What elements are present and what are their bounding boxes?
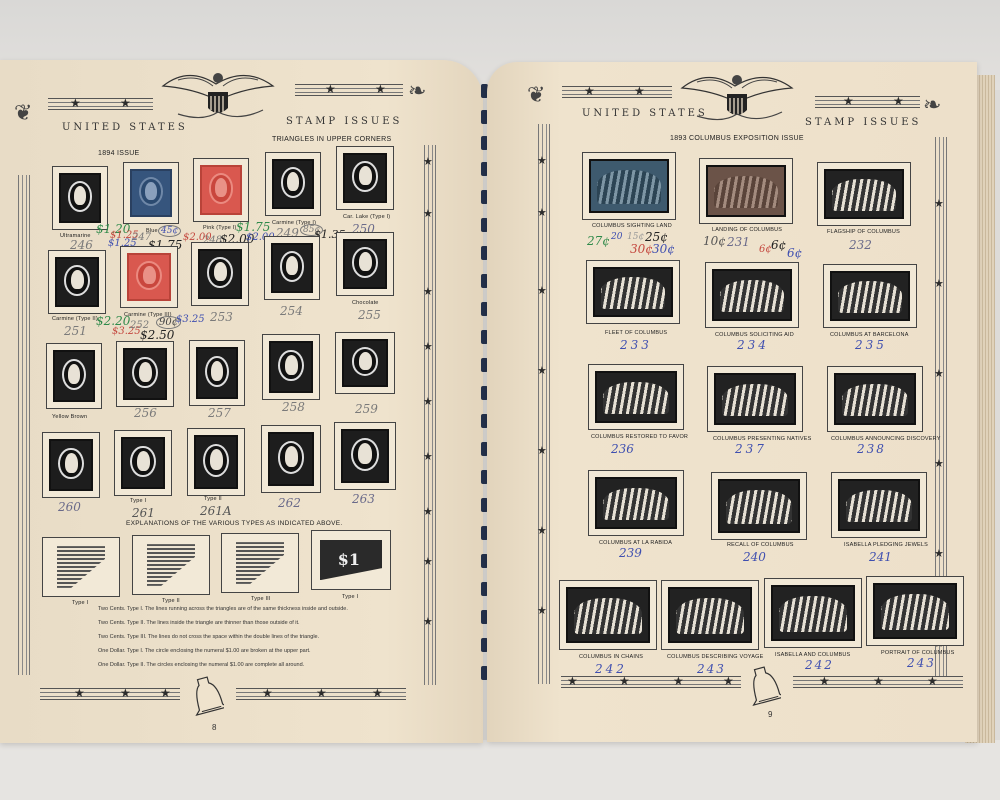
star-banner-bottom: ★★★ bbox=[236, 688, 406, 700]
stamp-caption: FLAGSHIP OF COLUMBUS bbox=[827, 229, 900, 235]
stamp-caption: COLUMBUS IN CHAINS bbox=[579, 654, 643, 660]
stamp-caption: Type I bbox=[130, 498, 146, 504]
stamp-slot[interactable] bbox=[817, 162, 911, 226]
stamp-slot[interactable] bbox=[582, 152, 676, 220]
stamp-slot[interactable] bbox=[193, 158, 249, 222]
stamp-slot[interactable] bbox=[866, 576, 964, 646]
stamp-slot[interactable] bbox=[699, 158, 793, 224]
stamp-slot[interactable] bbox=[336, 232, 394, 296]
stamp-slot[interactable] bbox=[335, 332, 395, 394]
stamp-caption: COLUMBUS RESTORED TO FAVOR bbox=[591, 434, 688, 440]
explanations-title: EXPLANATIONS OF THE VARIOUS TYPES AS IND… bbox=[126, 520, 343, 527]
liberty-bell-icon bbox=[188, 674, 224, 718]
handwritten-catalog-number: 253 bbox=[210, 310, 233, 324]
handwritten-price: 20 bbox=[611, 232, 622, 242]
handwritten-price: 30¢ bbox=[652, 242, 675, 256]
stamp-slot[interactable] bbox=[264, 236, 320, 300]
stamp-caption: Type II bbox=[204, 496, 222, 502]
handwritten-price: $2.50 bbox=[140, 328, 174, 342]
stamp-slot[interactable] bbox=[46, 343, 102, 409]
stamp-caption: Chocolate bbox=[352, 300, 379, 306]
star-banner-bottom: ★★★ bbox=[40, 688, 180, 700]
handwritten-catalog-number: 262 bbox=[278, 496, 301, 510]
stamp-slot[interactable] bbox=[52, 166, 108, 230]
stamp-slot[interactable] bbox=[711, 472, 807, 540]
handwritten-catalog-number: 261A bbox=[200, 504, 232, 518]
album-page-right: ❦ ★★ UNITED STATES ★★ STAMP ISSUES ❧ ★★★… bbox=[487, 62, 977, 742]
stamp-slot[interactable] bbox=[661, 580, 759, 650]
stamp-slot[interactable] bbox=[764, 578, 862, 648]
stamp-caption: ISABELLA PLEDGING JEWELS bbox=[844, 542, 928, 548]
handwritten-catalog-number: 243 bbox=[907, 656, 936, 670]
table-surface bbox=[0, 740, 1000, 800]
laurel-branch-icon: ❦ bbox=[527, 82, 545, 108]
stamp-caption: Carmine (Type II) bbox=[52, 316, 98, 322]
header-right-title: STAMP ISSUES bbox=[805, 117, 921, 128]
handwritten-catalog-number: 234 bbox=[737, 338, 769, 352]
handwritten-catalog-number: 236 bbox=[611, 442, 634, 456]
handwritten-price: 27¢ bbox=[587, 234, 610, 248]
liberty-bell-icon bbox=[745, 664, 781, 708]
stamp-caption: Yellow Brown bbox=[52, 414, 87, 420]
type-label: Type III bbox=[251, 596, 271, 602]
stamp-caption: RECALL OF COLUMBUS bbox=[727, 542, 794, 548]
handwritten-catalog-number: 242 bbox=[805, 658, 834, 672]
stamp-slot[interactable] bbox=[114, 430, 172, 496]
stamp-slot[interactable] bbox=[707, 366, 803, 432]
handwritten-price: 15¢ bbox=[627, 232, 644, 242]
page-number: 8 bbox=[212, 723, 216, 732]
stamp-slot[interactable] bbox=[262, 334, 320, 400]
handwritten-catalog-number: 261 bbox=[132, 506, 155, 520]
stamp-slot[interactable] bbox=[48, 250, 106, 314]
handwritten-catalog-number: 233 bbox=[620, 338, 652, 352]
handwritten-price: $3.25 bbox=[176, 314, 205, 325]
handwritten-catalog-number: 241 bbox=[869, 550, 892, 564]
stamp-slot[interactable] bbox=[42, 432, 100, 498]
star-banner-bottom: ★★★ bbox=[793, 676, 963, 688]
stamp-slot[interactable] bbox=[187, 428, 245, 496]
stamp-slot[interactable] bbox=[334, 422, 396, 490]
stamp-slot[interactable] bbox=[191, 242, 249, 306]
handwritten-catalog-number: 258 bbox=[282, 400, 305, 414]
handwritten-catalog-number: 263 bbox=[352, 492, 375, 506]
handwritten-catalog-number: 237 bbox=[735, 442, 767, 456]
stamp-slot[interactable] bbox=[116, 341, 174, 407]
stamp-slot[interactable] bbox=[831, 472, 927, 538]
handwritten-catalog-number: 251 bbox=[64, 324, 87, 338]
left-border-column bbox=[18, 175, 30, 675]
star-banner: ★★ bbox=[562, 86, 672, 98]
stamp-caption: FLEET OF COLUMBUS bbox=[605, 330, 667, 336]
stamp-slot[interactable] bbox=[705, 262, 799, 328]
stamp-caption: Pink (Type I) bbox=[203, 225, 236, 231]
stamp-slot[interactable] bbox=[559, 580, 657, 650]
stamp-caption: LANDING OF COLUMBUS bbox=[712, 227, 782, 233]
explanation-line: Two Cents. Type III. The lines do not cr… bbox=[98, 634, 319, 640]
explanation-line: One Dollar. Type II. The circles enclosi… bbox=[98, 662, 304, 668]
handwritten-price: 6¢ bbox=[759, 244, 772, 255]
handwritten-catalog-number: 256 bbox=[134, 406, 157, 420]
type-diagram-2 bbox=[132, 535, 210, 595]
stamp-caption: Car. Lake (Type I) bbox=[343, 214, 390, 220]
handwritten-catalog-number: 232 bbox=[849, 238, 872, 252]
header-right-title: STAMP ISSUES bbox=[286, 116, 402, 127]
star-banner: ★★ bbox=[815, 96, 920, 108]
type-diagram-dollar: $1 bbox=[311, 530, 391, 590]
handwritten-catalog-number: 259 bbox=[355, 402, 378, 416]
stamp-slot[interactable] bbox=[827, 366, 923, 432]
handwritten-price: 30¢ bbox=[630, 242, 653, 256]
issue-title: 1893 COLUMBUS EXPOSITION ISSUE bbox=[670, 135, 804, 142]
handwritten-catalog-number: 260 bbox=[58, 500, 81, 514]
stamp-slot[interactable] bbox=[588, 470, 684, 536]
handwritten-catalog-number: 235 bbox=[855, 338, 887, 352]
type-label: Type I bbox=[72, 600, 88, 606]
handwritten-catalog-number: 231 bbox=[727, 235, 750, 249]
handwritten-price: 6¢ bbox=[787, 246, 802, 260]
explanation-line: Two Cents. Type II. The lines inside the… bbox=[98, 620, 300, 626]
left-border-column: ★★★ ★★★ ★ bbox=[538, 124, 550, 684]
stamp-slot[interactable] bbox=[336, 146, 394, 210]
issue-title: 1894 ISSUE bbox=[98, 150, 140, 157]
stamp-slot[interactable] bbox=[823, 264, 917, 328]
stamp-slot[interactable] bbox=[123, 162, 179, 224]
handwritten-catalog-number: 255 bbox=[358, 308, 381, 322]
laurel-branch-icon: ❧ bbox=[408, 78, 426, 104]
handwritten-price: 45¢ bbox=[158, 225, 181, 237]
explanation-line: Two Cents. Type I. The lines running acr… bbox=[98, 606, 348, 612]
stamp-slot[interactable] bbox=[586, 260, 680, 324]
issue-subtitle: TRIANGLES IN UPPER CORNERS bbox=[272, 136, 391, 143]
type-diagram-3 bbox=[221, 533, 299, 593]
star-banner: ★★ bbox=[48, 98, 153, 110]
type-label: Type I bbox=[342, 594, 358, 600]
handwritten-catalog-number: 243 bbox=[697, 662, 726, 676]
stamp-slot[interactable] bbox=[189, 340, 245, 406]
type-label: Type II bbox=[162, 598, 180, 604]
stamp-slot[interactable] bbox=[120, 246, 178, 308]
laurel-branch-icon: ❦ bbox=[14, 100, 32, 126]
laurel-branch-icon: ❧ bbox=[923, 92, 941, 118]
star-banner-bottom: ★★★★ bbox=[561, 676, 741, 688]
right-border-column: ★★★ ★★★ ★★★ bbox=[424, 145, 436, 685]
stamp-slot[interactable] bbox=[265, 152, 321, 216]
album-page-left: ❦ ★★ UNITED STATES STAMP ISSUES ★★ ❧ ★★★… bbox=[0, 60, 483, 743]
eagle-shield-icon bbox=[677, 68, 797, 130]
explanation-line: One Dollar. Type I. The circle enclosing… bbox=[98, 648, 311, 654]
handwritten-catalog-number: 239 bbox=[619, 546, 642, 560]
handwritten-price: 6¢ bbox=[771, 238, 786, 252]
handwritten-catalog-number: 240 bbox=[743, 550, 766, 564]
handwritten-price: 10¢ bbox=[703, 234, 726, 248]
stamp-slot[interactable] bbox=[588, 364, 684, 430]
eagle-shield-icon bbox=[158, 66, 278, 128]
handwritten-catalog-number: 254 bbox=[280, 304, 303, 318]
stamp-caption: COLUMBUS SIGHTING LAND bbox=[592, 223, 672, 229]
stamp-slot[interactable] bbox=[261, 425, 321, 493]
handwritten-catalog-number: 238 bbox=[857, 442, 886, 456]
stamp-caption: COLUMBUS DESCRIBING VOYAGE bbox=[667, 654, 763, 660]
page-number: 9 bbox=[768, 710, 772, 719]
type-diagram-1 bbox=[42, 537, 120, 597]
star-banner: ★★ bbox=[295, 84, 403, 96]
handwritten-catalog-number: 257 bbox=[208, 406, 231, 420]
